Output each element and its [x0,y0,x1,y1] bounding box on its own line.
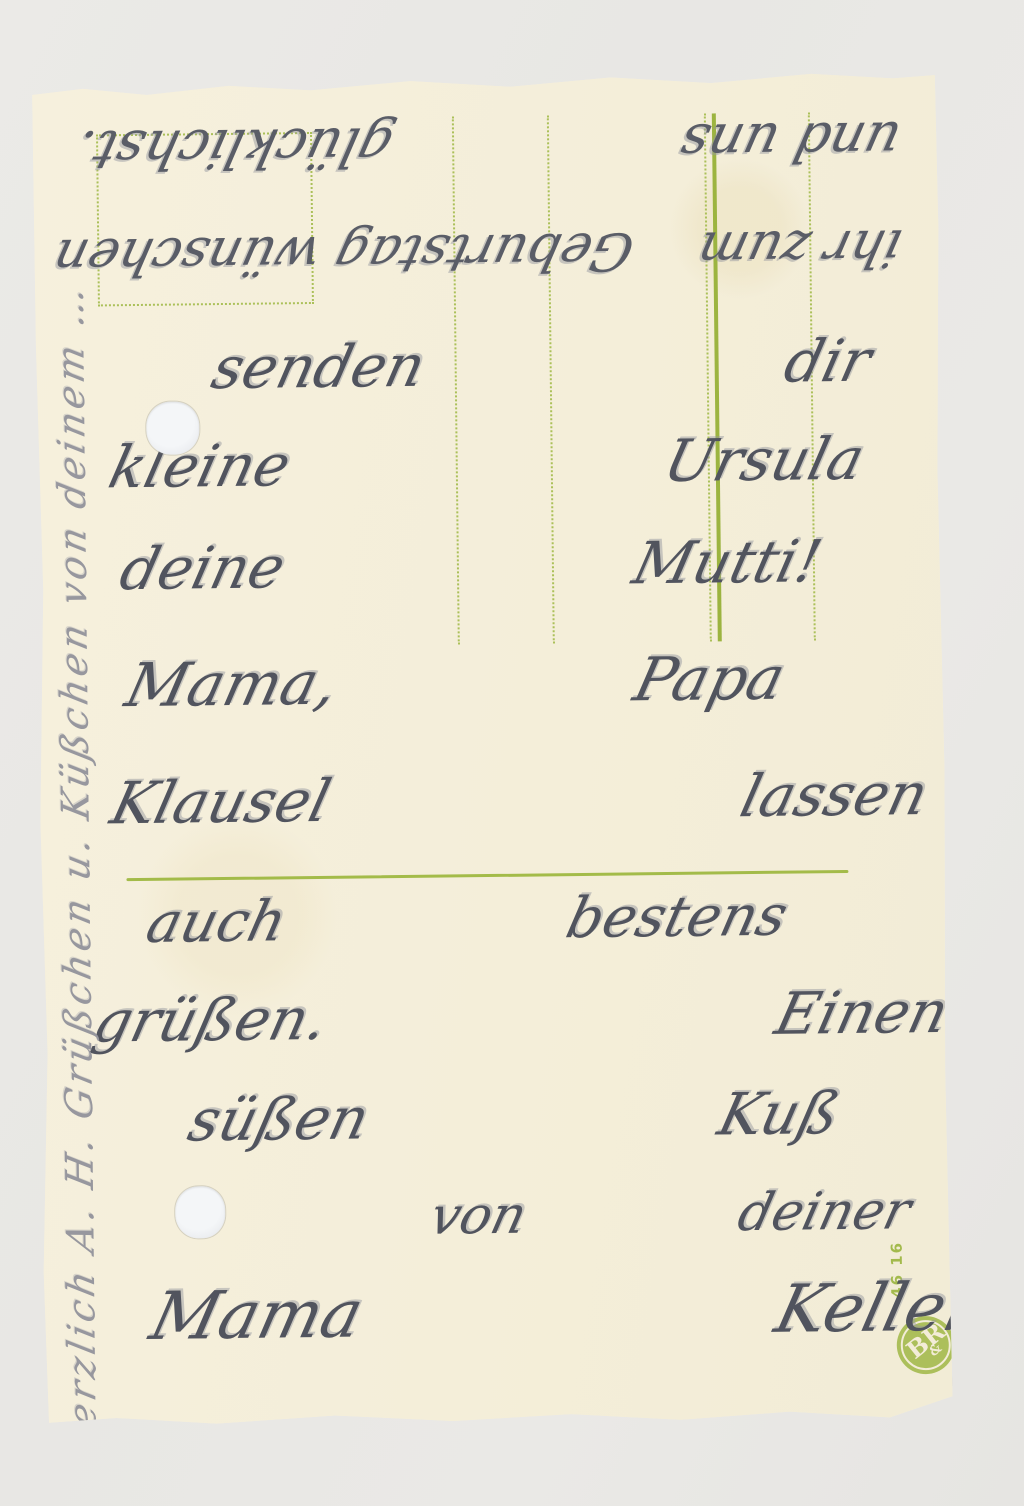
handwritten-word: senden [207,337,431,398]
handwritten-word: deiner [733,1185,915,1239]
handwritten-word: auch [141,894,291,952]
inverted-handwriting-line-2: ihr zum Geburtstag wünschen [48,221,906,283]
handwritten-word: Mama [145,1281,370,1350]
handwritten-word: grüßen. [88,990,333,1051]
handwritten-word: Geburtstag wünschen [48,224,639,283]
handwritten-margin-text: herzlich A. H. Grüßchen u. Küßchen von d… [51,280,102,1459]
message-line-10-signature: Mama Keller. [145,1274,999,1350]
handwritten-word: bestens [561,889,792,948]
handwritten-word: lassen [735,765,933,825]
postcard-paper: 46 16 BR & und uns glücklichst. ihr zum … [28,63,953,1435]
message-line-9: von deiner [425,1185,915,1243]
message-line-4: Mama, Papa [120,649,790,717]
handwritten-word: Klausel [106,772,336,833]
inverted-handwriting-line-1: und uns glücklichst. [71,113,906,176]
handwritten-word: glücklichst. [71,119,400,177]
message-line-8: süßen Kuß [183,1084,845,1150]
handwritten-word: süßen [183,1089,374,1149]
handwritten-word: und uns [674,113,905,170]
handwritten-word: Mama, [120,654,343,717]
handwritten-word: Papa [628,649,790,711]
handwritten-word: Kuß [713,1084,845,1144]
margin-note-vertical: herzlich A. H. Grüßchen u. Küßchen von d… [51,314,128,1455]
handwritten-word: dir [779,332,876,391]
message-line-5: Klausel lassen [106,765,934,832]
message-line-2: kleine Ursula [104,430,870,497]
message-line-7: grüßen. Einen [88,983,954,1051]
message-line-1: senden dir [207,332,877,398]
handwritten-word: deine [115,538,290,598]
punch-hole-bottom [175,1186,226,1239]
handwritten-word: von [425,1190,532,1243]
punch-hole-top [146,401,200,455]
message-line-3: deine Mutti! [115,532,827,598]
handwritten-word: Mutti! [628,532,827,592]
handwritten-word: Einen [770,983,954,1043]
handwritten-word: Keller. [769,1274,998,1343]
handwritten-word: ihr zum [692,221,906,275]
message-line-6: auch bestens [141,889,792,952]
handwritten-word: Ursula [659,430,870,490]
address-line-solid-horizontal [126,870,848,881]
handwritten-word: kleine [104,436,296,496]
